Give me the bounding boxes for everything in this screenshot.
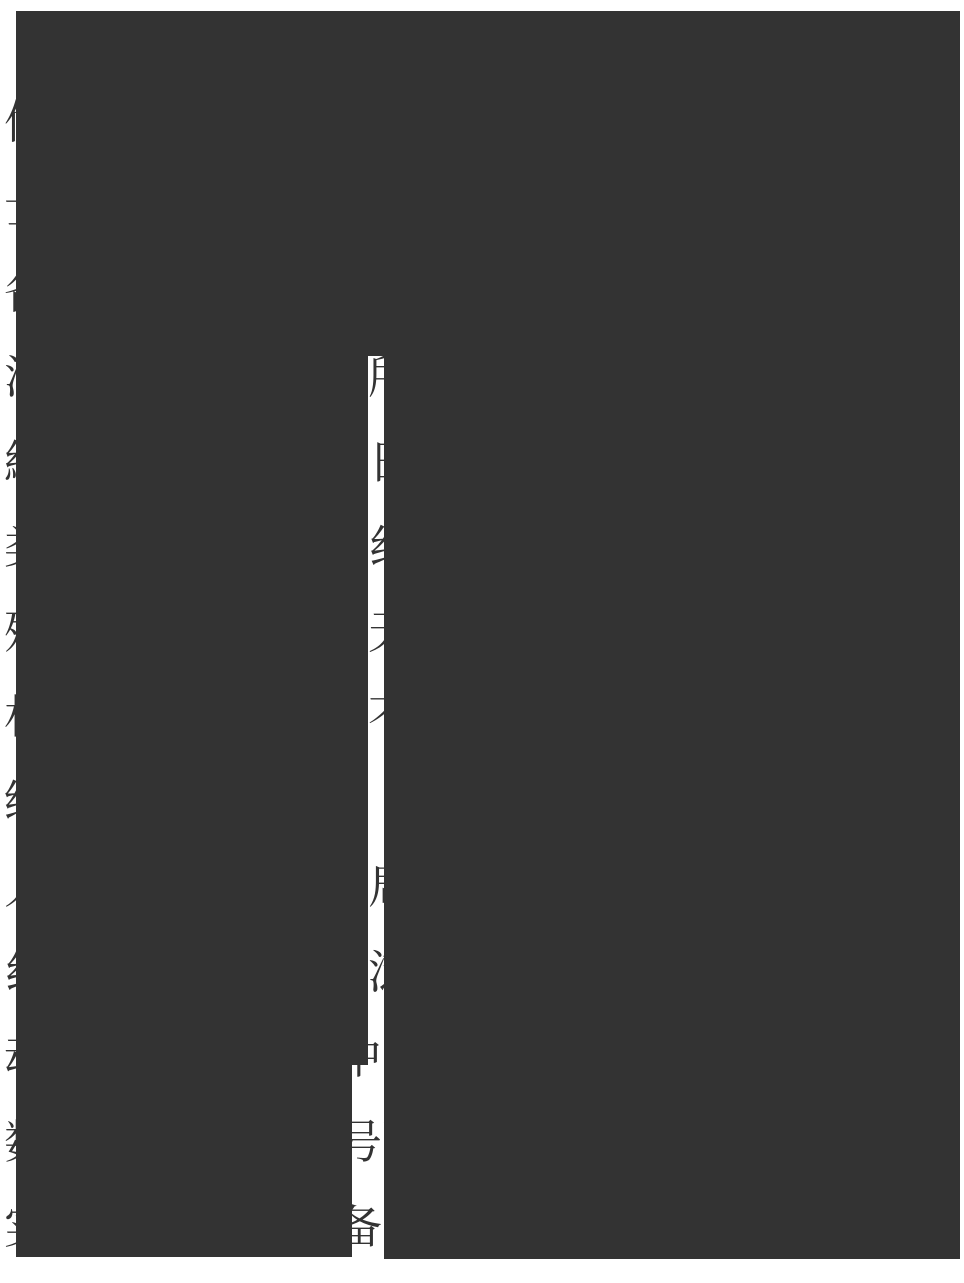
redaction-block-left-upper: [16, 356, 368, 1065]
redaction-block-left-lower: [16, 1065, 352, 1257]
redaction-block-top: [16, 11, 960, 356]
redaction-block-right: [384, 356, 960, 1259]
